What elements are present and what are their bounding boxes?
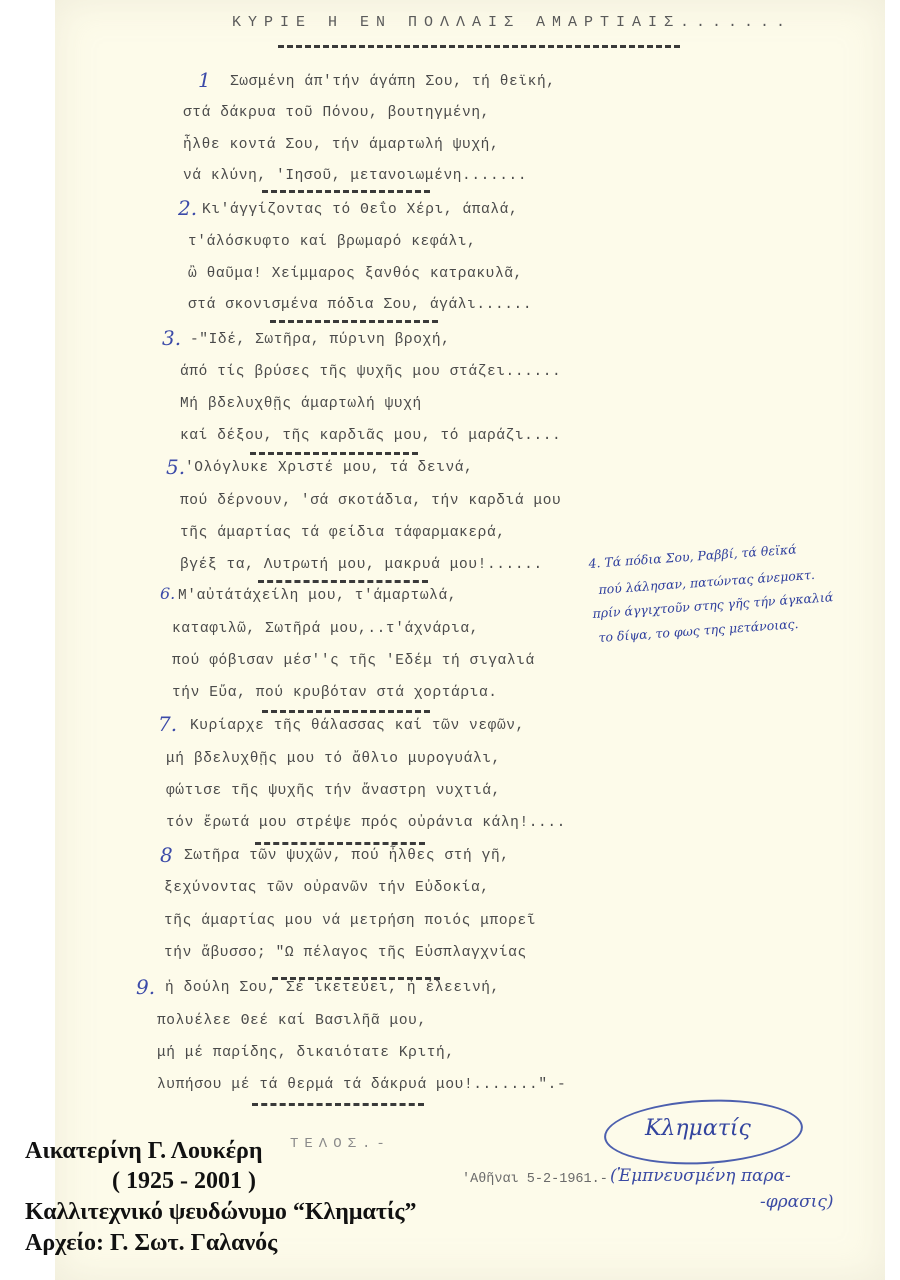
stanza-divider bbox=[262, 710, 430, 713]
poem-line: στά δάκρυα τοῦ Πόνου, βουτηγμένη, bbox=[183, 105, 490, 121]
stanza-divider bbox=[252, 1103, 424, 1106]
caption-archive: Αρχείο: Γ. Σωτ. Γαλανός bbox=[25, 1230, 277, 1257]
poem-line: φώτισε τῆς ψυχῆς τήν ἄναστρη νυχτιά, bbox=[166, 783, 501, 799]
handwritten-note-line: (Ἐμπνευσμένη παρα- bbox=[610, 1166, 791, 1186]
caption-pseudonym: Καλλιτεχνικό ψευδώνυμο “Κληματίς” bbox=[25, 1199, 417, 1226]
stanza-number-5: 5. bbox=[166, 455, 185, 479]
stanza-number-7: 7. bbox=[158, 712, 177, 736]
poem-line: ἡ δούλη Σου, Σέ ἱκετεύει, ἡ έλεεινή, bbox=[165, 980, 500, 996]
poem-line: τήν ἄβυσσο; "Ω πέλαγος τῆς Εὐσπλαγχνίας bbox=[164, 945, 527, 961]
poem-line: Μή βδελυχθῇς άμαρτωλή ψυχή bbox=[180, 396, 422, 412]
stanza-divider bbox=[258, 580, 428, 583]
poem-line: πολυέλεε Θεέ καί Βασιλῆᾶ μου, bbox=[157, 1013, 427, 1029]
poem-line: μή μέ παρίδης, δικαιότατε Κριτή, bbox=[157, 1045, 455, 1061]
end-mark: ΤΕΛΟΣ.- bbox=[290, 1136, 391, 1152]
poem-line: τῆς άμαρτίας μου νά μετρήση ποιός μπορεῖ bbox=[164, 913, 536, 929]
handwritten-note-line: -φρασις) bbox=[760, 1192, 834, 1212]
poem-line: πού δέρνουν, 'σά σκοτάδια, τήν καρδιά μο… bbox=[180, 493, 561, 509]
poem-line: άπό τίς βρύσες τῆς ψυχῆς μου στάζει.....… bbox=[180, 364, 561, 380]
poem-line: ἦλθε κοντά Σου, τήν άμαρτωλή ψυχή, bbox=[183, 137, 499, 153]
stanza-number-2: 2. bbox=[178, 196, 197, 220]
stanza-number-6: 6. bbox=[160, 584, 175, 603]
caption-years: ( 1925 - 2001 ) bbox=[112, 1168, 256, 1195]
poem-title: ΚΥΡΙΕ Η ΕΝ ΠΟΛΛΑΙΣ ΑΜΑΡΤΙΑΙΣ....... bbox=[232, 14, 792, 31]
title-underline bbox=[278, 45, 680, 48]
stanza-number-8: 8 bbox=[160, 843, 173, 867]
stanza-divider bbox=[255, 842, 425, 845]
poem-line: βγέξ τα, Λυτρωτή μου, μακρυά μου!...... bbox=[180, 557, 543, 573]
poem-line: στά σκονισμένα πόδια Σου, άγάλι...... bbox=[188, 297, 532, 313]
poem-line: τῆς άμαρτίας τά φείδια τάφαρμακερά, bbox=[180, 525, 506, 541]
poem-line: καταφιλῶ, Σωτῆρά μου,..τ'άχνάρια, bbox=[172, 621, 479, 637]
stanza-divider bbox=[270, 320, 438, 323]
poem-line: Μ'αὐτάτάχείλη μου, τ'άμαρτωλά, bbox=[178, 588, 457, 604]
poem-line: -"Ιδέ, Σωτῆρα, πύρινη βροχή, bbox=[190, 332, 450, 348]
stanza-number-9: 9. bbox=[136, 975, 155, 999]
poem-line: μή βδελυχθῇς μου τό ἄθλιο μυρογυάλι, bbox=[166, 751, 501, 767]
stanza-divider bbox=[250, 452, 418, 455]
poem-line: Σωτῆρα τῶν ψυχῶν, πού ἦλθες στή γῆ, bbox=[184, 848, 510, 864]
poem-line: ὢ θαῦμα! Χείμμαρος ξανθός κατρακυλᾶ, bbox=[188, 266, 523, 282]
poem-line: Σωσμένη άπ'τήν άγάπη Σου, τή θεϊκή, bbox=[230, 74, 556, 90]
stanza-divider bbox=[262, 190, 430, 193]
poem-line: Κυρίαρχε τῆς θάλασσας καί τῶν νεφῶν, bbox=[190, 718, 525, 734]
poem-line: τόν ἔρωτά μου στρέψε πρός οὐράνια κάλη!.… bbox=[166, 815, 566, 831]
poem-line: Κι'άγγίζοντας τό Θεΐο Χέρι, άπαλά, bbox=[202, 202, 518, 218]
signature: Κληματίς bbox=[645, 1116, 751, 1141]
poem-line: 'Ολόγλυκε Χριστέ μου, τά δεινά, bbox=[185, 460, 473, 476]
stanza-number-1: 1 bbox=[198, 68, 211, 92]
poem-line: τήν Εὔα, πού κρυβόταν στά χορτάρια. bbox=[172, 685, 498, 701]
poem-line: τ'άλόσκυφτο καί βρωμαρό κεφάλι, bbox=[188, 234, 476, 250]
handwritten-number: 4. bbox=[588, 555, 601, 571]
stanza-number-3: 3. bbox=[162, 326, 181, 350]
poem-line: νά κλύνη, 'Ιησοῦ, μετανοιωμένη....... bbox=[183, 168, 527, 184]
poem-line: λυπήσου μέ τά θερμά τά δάκρυά μου!......… bbox=[157, 1077, 566, 1093]
poem-line: πού φόβισαν μέσ''ς τῆς 'Εδέμ τή σιγαλιά bbox=[172, 653, 535, 669]
place-date: 'Αθῆναι 5-2-1961.- bbox=[462, 1172, 608, 1187]
poem-line: καί δέξου, τῆς καρδιᾶς μου, τό μαράζι...… bbox=[180, 428, 561, 444]
poem-line: ξεχύνοντας τῶν οὐρανῶν τήν Εὐδοκία, bbox=[164, 880, 490, 896]
caption-author-name: Αικατερίνη Γ. Λουκέρη bbox=[25, 1138, 263, 1165]
